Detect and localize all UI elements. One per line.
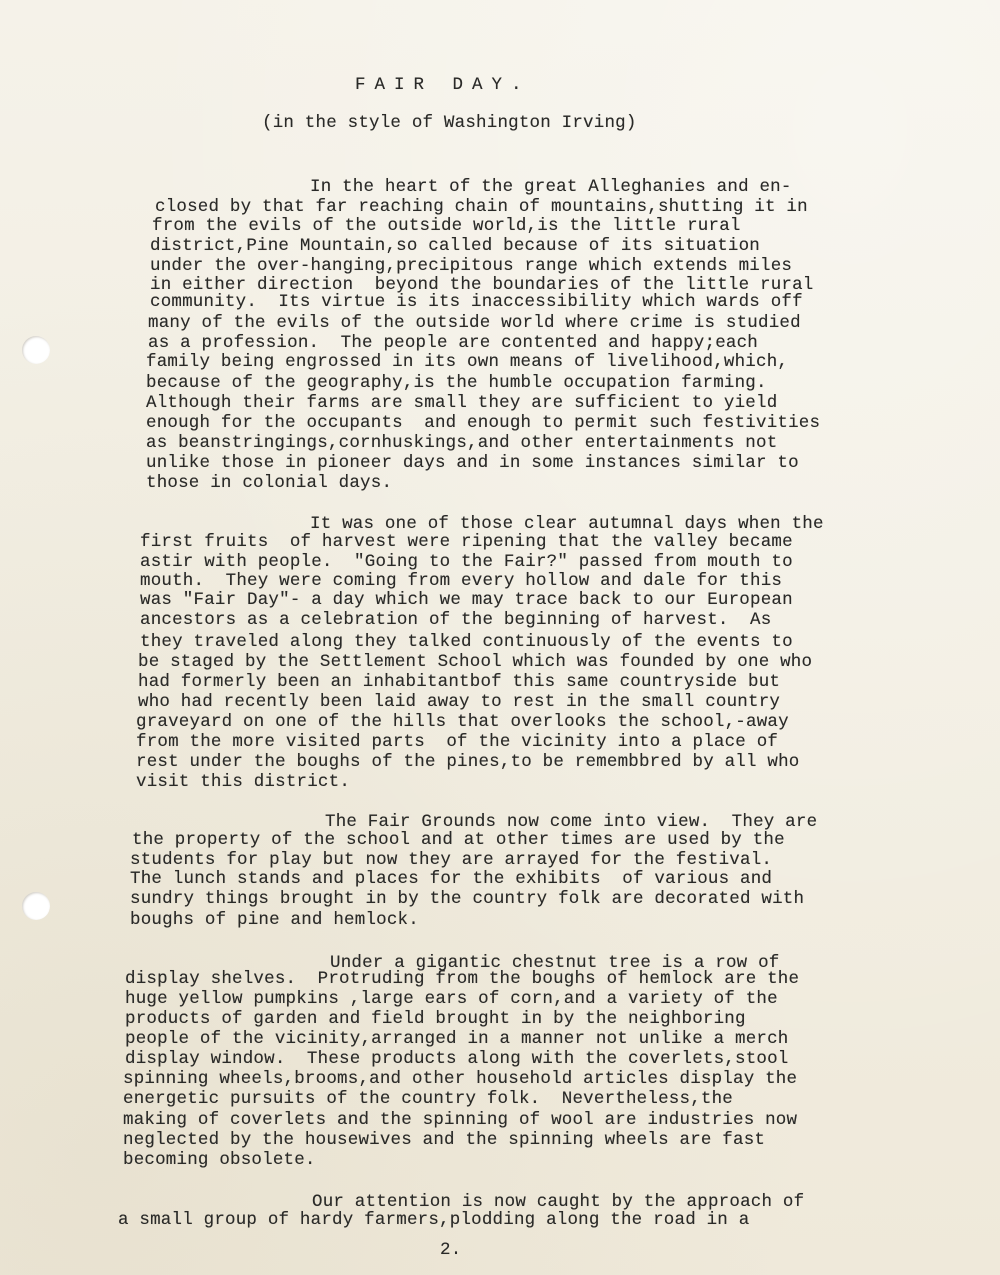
text-line: The Fair Grounds now come into view. The… — [325, 812, 817, 832]
text-line: rest under the boughs of the pines,to be… — [136, 752, 800, 772]
text-line: graveyard on one of the hills that overl… — [136, 712, 789, 732]
text-line: becoming obsolete. — [123, 1150, 316, 1170]
text-line: many of the evils of the outside world w… — [148, 313, 801, 333]
text-line: those in colonial days. — [146, 473, 392, 493]
text-line: neglected by the housewives and the spin… — [123, 1130, 765, 1150]
text-line: family being engrossed in its own means … — [146, 352, 788, 372]
text-line: as beanstringings,cornhuskings,and other… — [146, 433, 777, 453]
text-line: because of the geography,is the humble o… — [146, 373, 767, 393]
text-line: had formerly been an inhabitantbof this … — [138, 672, 780, 692]
text-line: energetic pursuits of the country folk. … — [123, 1089, 733, 1109]
text-line: The lunch stands and places for the exhi… — [130, 869, 772, 889]
text-line: was "Fair Day"- a day which we may trace… — [140, 590, 793, 610]
text-line: be staged by the Settlement School which… — [138, 652, 812, 672]
text-line: the property of the school and at other … — [132, 830, 785, 850]
text-line: mouth. They were coming from every hollo… — [140, 571, 782, 591]
text-line: closed by that far reaching chain of mou… — [155, 197, 808, 217]
scanned-page: FAIR DAY. (in the style of Washington Ir… — [0, 0, 1000, 1275]
text-line: In the heart of the great Alleghanies an… — [310, 177, 792, 197]
text-line: huge yellow pumpkins ,large ears of corn… — [125, 989, 778, 1009]
punch-hole — [22, 336, 50, 364]
text-line: enough for the occupants and enough to p… — [146, 413, 820, 433]
text-line: sundry things brought in by the country … — [130, 889, 804, 909]
text-line: as a profession. The people are contente… — [148, 333, 758, 353]
document-title: FAIR DAY. — [355, 75, 531, 95]
text-line: astir with people. "Going to the Fair?" … — [140, 552, 793, 572]
text-line: Our attention is now caught by the appro… — [312, 1192, 804, 1212]
text-line: a small group of hardy farmers,plodding … — [118, 1210, 749, 1230]
text-line: they traveled along they talked continuo… — [140, 632, 793, 652]
text-line: making of coverlets and the spinning of … — [123, 1110, 797, 1130]
text-line: first fruits of harvest were ripening th… — [140, 532, 793, 552]
text-line: community. Its virtue is its inaccessibi… — [150, 292, 803, 312]
text-line: It was one of those clear autumnal days … — [310, 514, 824, 534]
text-line: visit this district. — [136, 772, 350, 792]
text-line: spinning wheels,brooms,and other househo… — [123, 1069, 797, 1089]
text-line: people of the vicinity,arranged in a man… — [125, 1029, 789, 1049]
text-line: students for play but now they are array… — [130, 850, 772, 870]
page-number: 2. — [440, 1240, 461, 1260]
text-line: Although their farms are small they are … — [146, 393, 777, 413]
text-line: from the more visited parts of the vicin… — [136, 732, 778, 752]
text-line: who had recently been laid away to rest … — [138, 692, 780, 712]
text-line: display window. These products along wit… — [125, 1049, 789, 1069]
text-line: products of garden and field brought in … — [125, 1009, 746, 1029]
text-line: display shelves. Protruding from the bou… — [125, 969, 799, 989]
text-line: from the evils of the outside world,is t… — [152, 216, 741, 236]
text-line: under the over-hanging,precipitous range… — [150, 256, 792, 276]
text-line: district,Pine Mountain,so called because… — [150, 236, 760, 256]
text-line: boughs of pine and hemlock. — [130, 910, 419, 930]
punch-hole — [22, 892, 50, 920]
text-line: ancestors as a celebration of the beginn… — [140, 610, 771, 630]
document-subtitle: (in the style of Washington Irving) — [262, 113, 637, 133]
text-line: unlike those in pioneer days and in some… — [146, 453, 799, 473]
